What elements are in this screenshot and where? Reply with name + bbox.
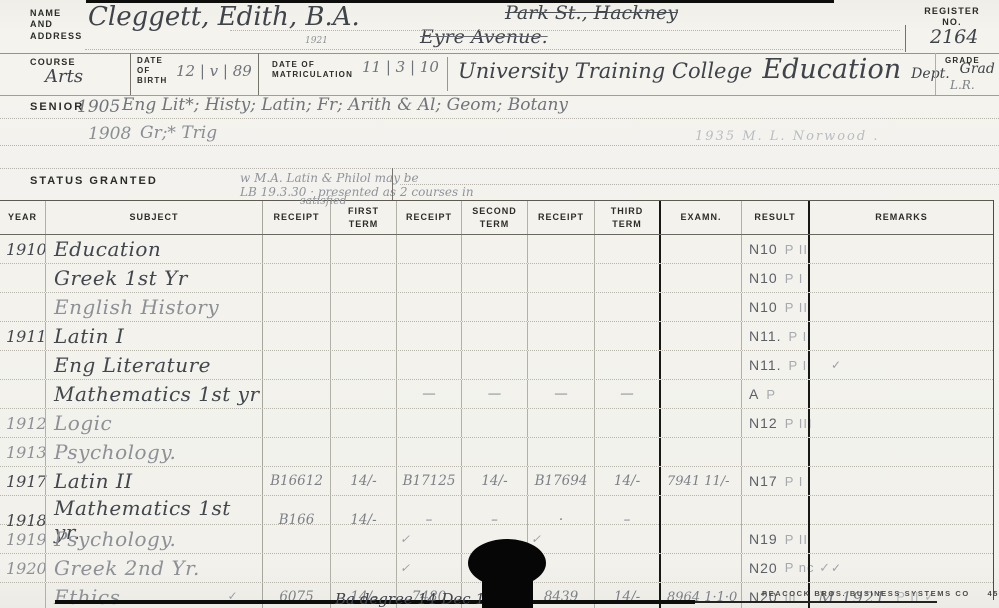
third-term-cell bbox=[594, 409, 659, 437]
result-cell: N11. P I bbox=[741, 351, 808, 379]
result-class: P bbox=[766, 387, 776, 402]
subject-text: Eng Literature bbox=[54, 353, 211, 377]
senior-1908-year: 1908 bbox=[88, 124, 131, 144]
third-term-cell bbox=[594, 322, 659, 350]
grade-value: L.R. bbox=[950, 78, 975, 92]
col-header-receipt-3: RECEIPT bbox=[527, 201, 594, 234]
receipt3-cell bbox=[527, 438, 594, 466]
examn-cell bbox=[659, 235, 741, 263]
year-cell bbox=[0, 351, 45, 379]
receipt3-cell bbox=[527, 351, 594, 379]
result-grade: N10 bbox=[749, 270, 778, 286]
table-row: 1910 Education N10 P II bbox=[0, 235, 993, 264]
result-cell: A P bbox=[741, 380, 808, 408]
year-cell bbox=[0, 380, 45, 408]
result-grade: N17 bbox=[749, 473, 778, 489]
second-term-cell bbox=[461, 293, 527, 321]
college-note-part2: Education bbox=[762, 54, 901, 85]
receipt1-cell bbox=[262, 525, 330, 553]
col-header-subject: SUBJECT bbox=[45, 201, 262, 234]
second-term-cell bbox=[461, 235, 527, 263]
subject-cell: Logic bbox=[45, 409, 262, 437]
table-row: 1918 Mathematics 1st yr. B166 14/- – – ·… bbox=[0, 496, 993, 525]
first-term-cell bbox=[330, 409, 396, 437]
senior-1905-year: 1905 bbox=[77, 97, 120, 117]
address-line-1: Park St., Hackney bbox=[505, 2, 678, 24]
second-term-cell bbox=[461, 409, 527, 437]
year-cell bbox=[0, 583, 45, 608]
receipt3-cell bbox=[527, 264, 594, 292]
second-term-cell: — bbox=[461, 380, 527, 408]
remarks-extra: ✓ bbox=[828, 358, 842, 372]
result-grade: N10 bbox=[749, 299, 778, 315]
receipt1-cell bbox=[262, 554, 330, 582]
receipt1-cell bbox=[262, 264, 330, 292]
divider bbox=[0, 168, 999, 169]
date-of-birth-value: 12 | v | 89 bbox=[176, 62, 252, 80]
result-grade: A bbox=[749, 386, 759, 402]
form-number: 457 bbox=[988, 589, 999, 598]
year-cell: 1917 bbox=[0, 467, 45, 495]
divider bbox=[993, 200, 994, 600]
col-header-remarks: REMARKS bbox=[808, 201, 993, 234]
course-value: Arts bbox=[45, 66, 83, 87]
result-class: P II bbox=[785, 300, 808, 315]
college-note-part1: University Training College bbox=[458, 59, 752, 83]
subject-text: Latin II bbox=[54, 469, 133, 493]
examn-cell bbox=[659, 322, 741, 350]
table-row: 1913 Psychology. bbox=[0, 438, 993, 467]
remarks-cell: ✓ bbox=[808, 351, 993, 379]
receipt1-cell bbox=[262, 409, 330, 437]
receipt2-cell bbox=[396, 293, 461, 321]
receipt3-cell bbox=[527, 293, 594, 321]
col-header-year: YEAR bbox=[0, 201, 45, 234]
result-grade: N19 bbox=[749, 531, 778, 547]
result-class: P I bbox=[789, 358, 808, 373]
senior-1905-subjects: Eng Lit*; Histy; Latin; Fr; Arith & Al; … bbox=[122, 95, 568, 115]
table-row: Mathematics 1st yr — — — — A P bbox=[0, 380, 993, 409]
receipt1-cell: B16612 bbox=[262, 467, 330, 495]
subject-cell: Psychology. bbox=[45, 525, 262, 553]
first-term-cell bbox=[330, 525, 396, 553]
divider bbox=[130, 53, 131, 95]
examn-cell bbox=[659, 554, 741, 582]
name-year: 1921 bbox=[305, 36, 328, 46]
col-header-third-term: THIRD TERM bbox=[594, 201, 659, 234]
divider bbox=[0, 118, 999, 119]
second-term-cell bbox=[461, 438, 527, 466]
receipt3-cell bbox=[527, 235, 594, 263]
col-header-receipt-2: RECEIPT bbox=[396, 201, 461, 234]
first-term-cell: 14/- bbox=[330, 467, 396, 495]
remarks-cell bbox=[808, 264, 993, 292]
remarks-cell bbox=[808, 235, 993, 263]
remarks-cell bbox=[808, 322, 993, 350]
date-of-birth-label: DATE OF BIRTH bbox=[137, 56, 167, 86]
subject-text: Ethics bbox=[54, 585, 120, 608]
result-cell: N10 P I bbox=[741, 264, 808, 292]
receipt3-cell: — bbox=[527, 380, 594, 408]
remarks-cell bbox=[808, 467, 993, 495]
receipt2-cell: ✓ bbox=[396, 554, 461, 582]
remarks-extra: ✓ bbox=[828, 561, 842, 575]
examn-cell bbox=[659, 293, 741, 321]
receipt2-cell bbox=[396, 322, 461, 350]
result-cell: N10 P II bbox=[741, 235, 808, 263]
first-term-cell bbox=[330, 235, 396, 263]
matriculation-label: DATE OF MATRICULATION bbox=[272, 60, 353, 80]
status-granted-label: STATUS GRANTED bbox=[30, 175, 158, 189]
divider bbox=[230, 30, 900, 31]
divider bbox=[258, 53, 259, 95]
third-term-cell bbox=[594, 525, 659, 553]
remarks-cell bbox=[808, 525, 993, 553]
subject-text: Mathematics 1st yr bbox=[54, 382, 260, 406]
examn-cell bbox=[659, 525, 741, 553]
remarks-cell: ✓ bbox=[808, 554, 993, 582]
result-grade: N11. bbox=[749, 328, 782, 344]
receipt3-cell bbox=[527, 409, 594, 437]
status-note-line2: LB 19.3.30 · presented as 2 courses in bbox=[240, 185, 474, 199]
subject-cell: Mathematics 1st yr bbox=[45, 380, 262, 408]
record-card: NAME AND ADDRESS Cleggett, Edith, B.A. 1… bbox=[0, 0, 999, 608]
divider bbox=[0, 145, 999, 146]
result-grade: N12 bbox=[749, 415, 778, 431]
senior-1908-subjects: Gr;* Trig bbox=[140, 123, 217, 143]
receipt1-cell: 6075 bbox=[262, 583, 330, 608]
subject-cell: Eng Literature bbox=[45, 351, 262, 379]
receipt2-cell: ✓ bbox=[396, 525, 461, 553]
year-cell bbox=[0, 293, 45, 321]
status-note-line3: satisfied bbox=[300, 194, 347, 207]
subject-text: Education bbox=[54, 237, 161, 261]
first-term-cell bbox=[330, 293, 396, 321]
first-term-cell bbox=[330, 351, 396, 379]
hole-punch-blot-stem bbox=[482, 574, 533, 608]
second-term-cell bbox=[461, 351, 527, 379]
receipt3-cell: 8439 bbox=[527, 583, 594, 608]
result-class: P I bbox=[785, 474, 804, 489]
receipt2-cell bbox=[396, 351, 461, 379]
table-row: 1911 Latin I N11. P I bbox=[0, 322, 993, 351]
result-cell: N19 P II bbox=[741, 525, 808, 553]
subject-cell: Latin I bbox=[45, 322, 262, 350]
remarks-cell bbox=[808, 409, 993, 437]
third-term-cell bbox=[594, 554, 659, 582]
first-term-cell bbox=[330, 438, 396, 466]
receipt2-cell bbox=[396, 264, 461, 292]
receipt1-cell bbox=[262, 235, 330, 263]
result-cell bbox=[741, 438, 808, 466]
third-term-cell bbox=[594, 235, 659, 263]
col-header-examn: EXAMN. bbox=[659, 201, 741, 234]
subject-text: Psychology. bbox=[54, 440, 176, 464]
table-row: English History N10 P II bbox=[0, 293, 993, 322]
third-term-cell bbox=[594, 351, 659, 379]
result-grade: N20 bbox=[749, 560, 778, 576]
year-cell bbox=[0, 264, 45, 292]
printer-imprint: PEACOCK BROS. BUSINESS SYSTEMS CO 457 bbox=[762, 589, 999, 598]
subject-text: Psychology. bbox=[54, 527, 176, 551]
table-row: Eng Literature N11. P I ✓ bbox=[0, 351, 993, 380]
year-cell: 1912 bbox=[0, 409, 45, 437]
subject-cell: Ethics ✓ bbox=[45, 583, 262, 608]
examn-cell bbox=[659, 380, 741, 408]
second-term-cell bbox=[461, 322, 527, 350]
first-term-cell bbox=[330, 264, 396, 292]
third-term-cell: — bbox=[594, 380, 659, 408]
result-grade: N10 bbox=[749, 241, 778, 257]
remarks-cell bbox=[808, 293, 993, 321]
third-term-cell bbox=[594, 438, 659, 466]
divider bbox=[447, 57, 448, 91]
third-term-cell: 14/- bbox=[594, 467, 659, 495]
result-class: P II bbox=[785, 242, 808, 257]
year-cell: 1920 bbox=[0, 554, 45, 582]
name-value: Cleggett, Edith, B.A. bbox=[88, 2, 360, 32]
receipt2-cell bbox=[396, 438, 461, 466]
result-cell: N11. P I bbox=[741, 322, 808, 350]
result-class: P I bbox=[789, 329, 808, 344]
result-class: P I bbox=[785, 271, 804, 286]
examn-cell bbox=[659, 409, 741, 437]
receipt2-cell: B17125 bbox=[396, 467, 461, 495]
divider bbox=[400, 184, 999, 185]
receipt2-cell: — bbox=[396, 380, 461, 408]
col-header-result: RESULT bbox=[741, 201, 808, 234]
examn-cell bbox=[659, 438, 741, 466]
subject-cell: Education bbox=[45, 235, 262, 263]
third-term-cell bbox=[594, 293, 659, 321]
receipt1-cell bbox=[262, 351, 330, 379]
pencil-annotation: 1935 M. L. Norwood . bbox=[695, 129, 879, 144]
year-cell: 1911 bbox=[0, 322, 45, 350]
year-cell: 1913 bbox=[0, 438, 45, 466]
register-no-value: 2164 bbox=[930, 26, 978, 48]
result-cell: N20 P nc ✓ bbox=[741, 554, 808, 582]
receipt3-cell: B17694 bbox=[527, 467, 594, 495]
first-term-cell bbox=[330, 380, 396, 408]
divider bbox=[905, 25, 906, 52]
receipt1-cell bbox=[262, 322, 330, 350]
table-row: 1917 Latin II B16612 14/- B17125 14/- B1… bbox=[0, 467, 993, 496]
subject-cell: English History bbox=[45, 293, 262, 321]
college-note-part3: Dept. bbox=[911, 66, 950, 82]
subject-cell: Latin II bbox=[45, 467, 262, 495]
grade-label: GRADE bbox=[945, 56, 980, 66]
subject-text: Greek 1st Yr bbox=[54, 266, 188, 290]
receipt1-cell bbox=[262, 438, 330, 466]
name-address-label: NAME AND ADDRESS bbox=[30, 8, 82, 42]
divider bbox=[392, 168, 393, 200]
examn-cell: 8964 1·1·0 bbox=[659, 583, 741, 608]
examn-cell: 7941 11/- bbox=[659, 467, 741, 495]
result-cell: N17 P I bbox=[741, 467, 808, 495]
divider bbox=[935, 53, 936, 95]
second-term-cell bbox=[461, 264, 527, 292]
first-term-cell bbox=[330, 322, 396, 350]
subject-cell: Greek 2nd Yr. bbox=[45, 554, 262, 582]
subject-text: English History bbox=[54, 295, 219, 319]
receipt1-cell bbox=[262, 380, 330, 408]
table-row: 1912 Logic N12 P III bbox=[0, 409, 993, 438]
subject-text: Greek 2nd Yr. bbox=[54, 556, 200, 580]
college-note: University Training College Education De… bbox=[458, 54, 995, 85]
matriculation-value: 11 | 3 | 10 bbox=[362, 58, 439, 76]
remarks-cell bbox=[808, 380, 993, 408]
receipt3-cell bbox=[527, 322, 594, 350]
col-header-second-term: SECOND TERM bbox=[461, 201, 527, 234]
result-grade: N11. bbox=[749, 357, 782, 373]
subject-text: Logic bbox=[54, 411, 112, 435]
receipt2-cell bbox=[396, 409, 461, 437]
year-cell: 1919 bbox=[0, 525, 45, 553]
second-term-cell: 14/- bbox=[461, 467, 527, 495]
table-header-row: YEAR SUBJECT RECEIPT FIRST TERM RECEIPT … bbox=[0, 201, 993, 235]
receipt1-cell bbox=[262, 293, 330, 321]
first-term-cell bbox=[330, 554, 396, 582]
scan-edge-bottom bbox=[695, 601, 937, 603]
result-class: P II bbox=[785, 532, 808, 547]
result-cell: N12 P III bbox=[741, 409, 808, 437]
table-row: Greek 1st Yr N10 P I bbox=[0, 264, 993, 293]
remarks-cell bbox=[808, 438, 993, 466]
examn-cell bbox=[659, 351, 741, 379]
result-cell: N10 P II bbox=[741, 293, 808, 321]
examn-cell bbox=[659, 264, 741, 292]
subject-cell: Greek 1st Yr bbox=[45, 264, 262, 292]
subject-text: Latin I bbox=[54, 324, 124, 348]
receipt2-cell bbox=[396, 235, 461, 263]
subject-cell: Psychology. bbox=[45, 438, 262, 466]
third-term-cell: 14/- bbox=[594, 583, 659, 608]
printer-name: PEACOCK BROS. BUSINESS SYSTEMS CO bbox=[762, 589, 970, 598]
third-term-cell bbox=[594, 264, 659, 292]
year-cell: 1910 bbox=[0, 235, 45, 263]
divider bbox=[85, 49, 903, 50]
